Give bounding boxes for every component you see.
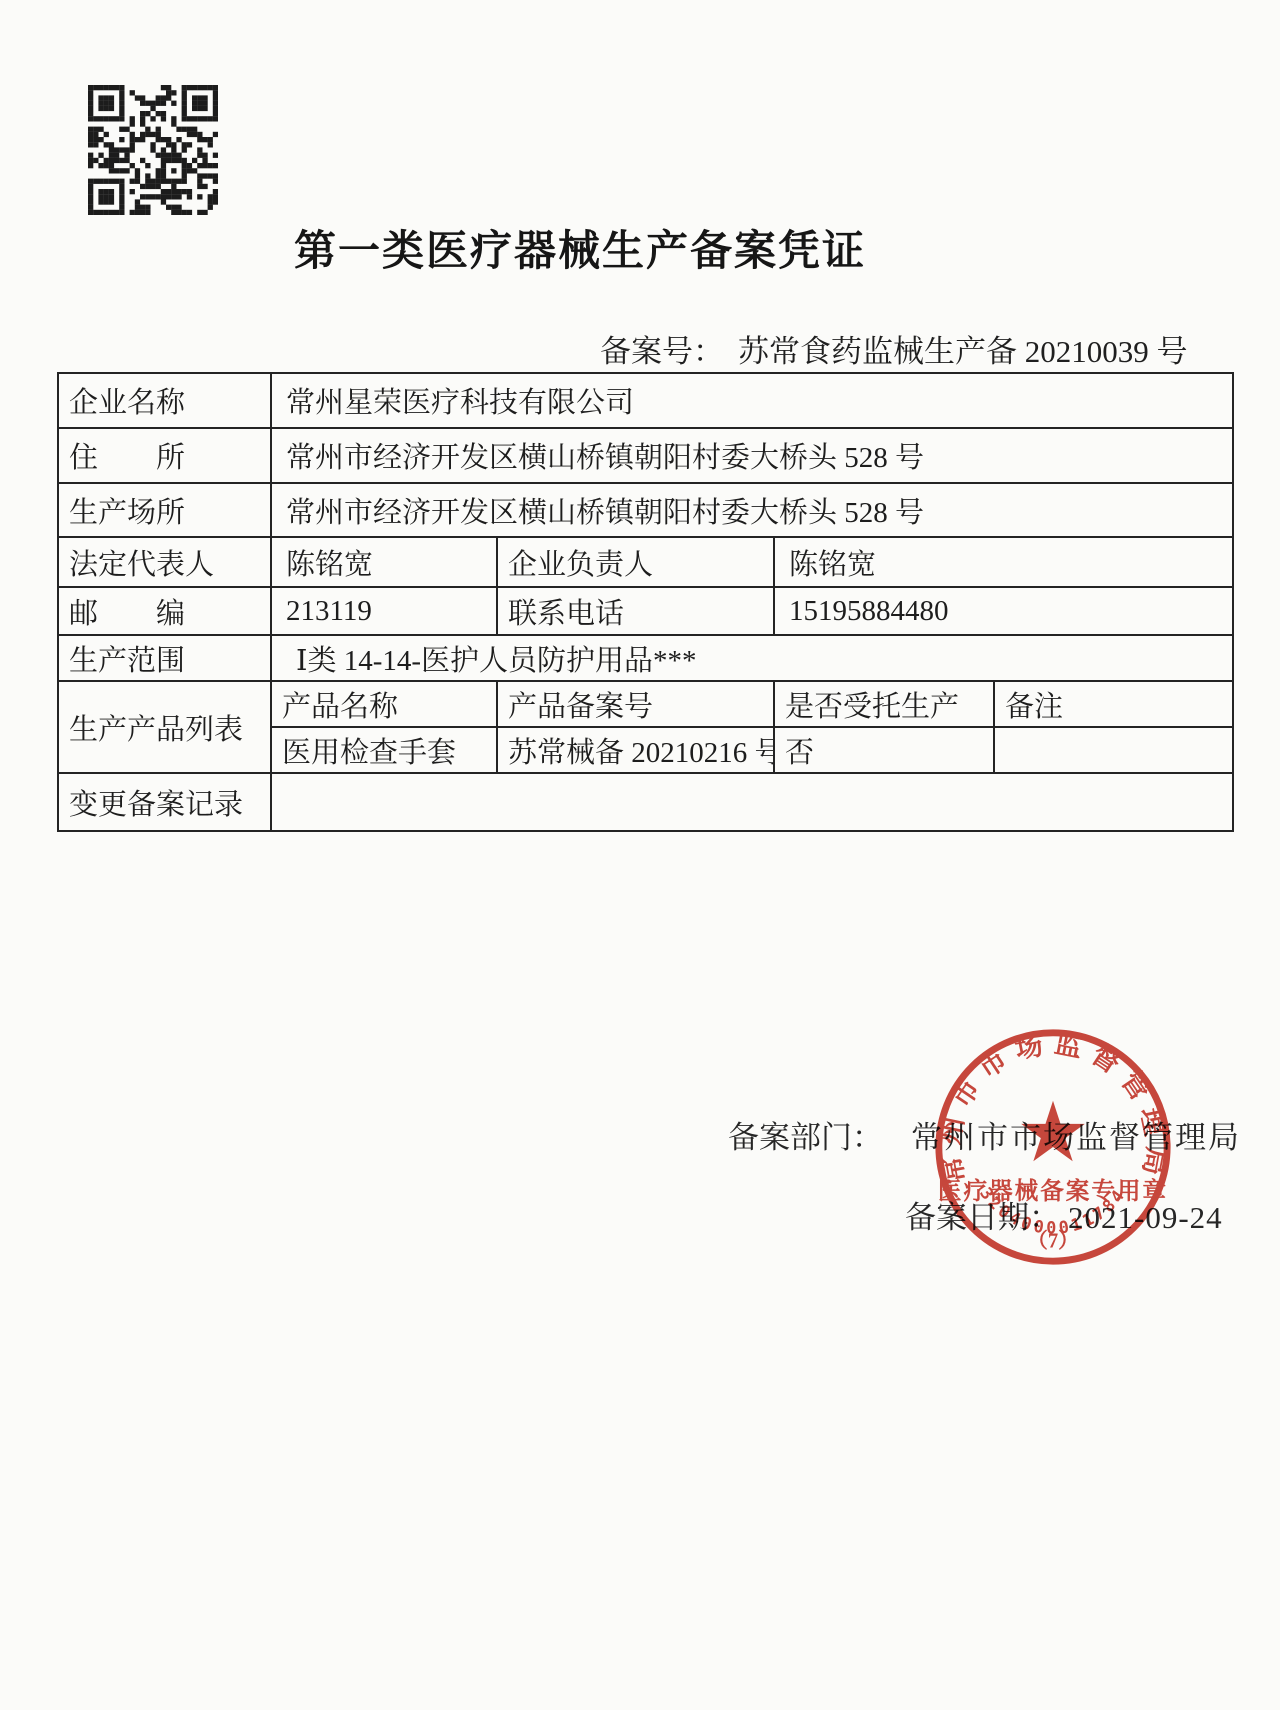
product-remark-header: 备注	[994, 681, 1233, 727]
table-row: 邮 编 213119 联系电话 15195884480	[58, 587, 1233, 635]
official-stamp: 常州市市场监督管理局 医疗器械备案专用章 （7） 3204000011784	[930, 1024, 1176, 1270]
table-row: 变更备案记录	[58, 773, 1233, 831]
qr-code	[88, 85, 218, 215]
manager-label: 企业负责人	[497, 537, 774, 587]
product-filing-header: 产品备案号	[497, 681, 774, 727]
product-header-row: 生产产品列表 产品名称 产品备案号 是否受托生产 备注	[58, 681, 1233, 727]
info-table: 企业名称 常州星荣医疗科技有限公司 住 所 常州市经济开发区横山桥镇朝阳村委大桥…	[57, 372, 1234, 832]
change-record-label: 变更备案记录	[58, 773, 271, 831]
legal-rep-label: 法定代表人	[58, 537, 271, 587]
product-filing-value: 苏常械备 20210216 号	[497, 727, 774, 773]
scope-value: Ⅰ类 14-14-医护人员防护用品***	[271, 635, 1233, 681]
manager-value: 陈铭宽	[774, 537, 1233, 587]
table-row: 法定代表人 陈铭宽 企业负责人 陈铭宽	[58, 537, 1233, 587]
table-row: 企业名称 常州星荣医疗科技有限公司	[58, 373, 1233, 428]
products-list-label: 生产产品列表	[58, 681, 271, 773]
star-icon	[1021, 1101, 1085, 1162]
filing-number-value: 苏常食药监械生产备 20210039 号	[738, 334, 1188, 369]
company-name-label: 企业名称	[58, 373, 271, 428]
stamp-center-text: 医疗器械备案专用章	[938, 1177, 1168, 1205]
product-entrusted-value: 否	[774, 727, 994, 773]
phone-label: 联系电话	[497, 587, 774, 635]
company-name-value: 常州星荣医疗科技有限公司	[271, 373, 1233, 428]
address-value: 常州市经济开发区横山桥镇朝阳村委大桥头 528 号	[271, 428, 1233, 483]
product-name-value: 医用检查手套	[271, 727, 497, 773]
production-site-label: 生产场所	[58, 483, 271, 537]
product-name-header: 产品名称	[271, 681, 497, 727]
product-remark-value	[994, 727, 1233, 773]
filing-number-label: 备案号：	[600, 334, 724, 369]
zip-value: 213119	[271, 587, 497, 635]
phone-value: 15195884480	[774, 587, 1233, 635]
filing-number: 备案号：苏常食药监械生产备 20210039 号	[600, 326, 1220, 371]
table-row: 生产范围 Ⅰ类 14-14-医护人员防护用品***	[58, 635, 1233, 681]
legal-rep-value: 陈铭宽	[271, 537, 497, 587]
zip-label: 邮 编	[58, 587, 271, 635]
product-entrusted-header: 是否受托生产	[774, 681, 994, 727]
scope-label: 生产范围	[58, 635, 271, 681]
filing-department-label: 备案部门：	[728, 1120, 883, 1155]
change-record-value	[271, 773, 1233, 831]
production-site-value: 常州市经济开发区横山桥镇朝阳村委大桥头 528 号	[271, 483, 1233, 537]
table-row: 生产场所 常州市经济开发区横山桥镇朝阳村委大桥头 528 号	[58, 483, 1233, 537]
certificate-document: 第一类医疗器械生产备案凭证 备案号：苏常食药监械生产备 20210039 号 企…	[0, 0, 1280, 1710]
document-title: 第一类医疗器械生产备案凭证	[170, 218, 990, 278]
table-row: 住 所 常州市经济开发区横山桥镇朝阳村委大桥头 528 号	[58, 428, 1233, 483]
address-label: 住 所	[58, 428, 271, 483]
